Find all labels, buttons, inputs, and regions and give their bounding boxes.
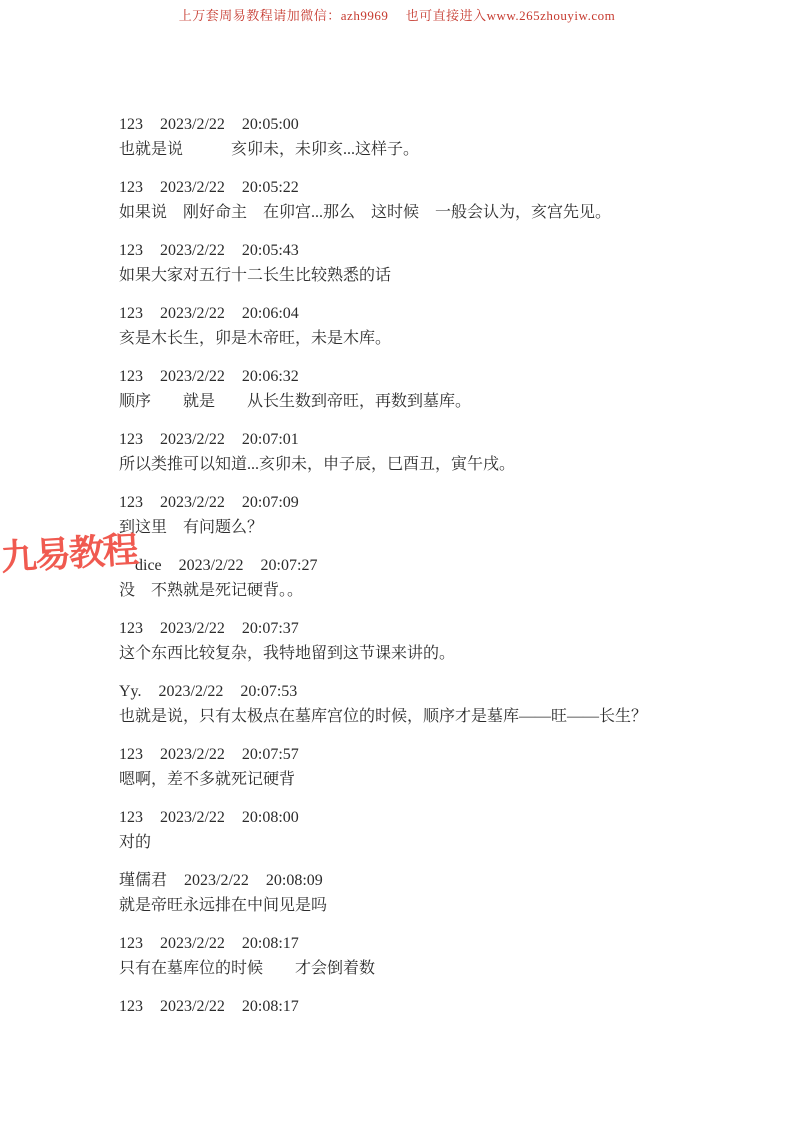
message-sender: 123 — [119, 431, 143, 448]
message-text: 顺序 就是 从长生数到帝旺，再数到墓库。 — [119, 389, 758, 414]
message-date: 2023/2/22 — [160, 998, 225, 1015]
message-text: 如果说 刚好命主 在卯宫...那么 这时候 一般会认为，亥宫先见。 — [119, 200, 758, 225]
message-time: 20:07:27 — [261, 557, 318, 574]
message-time: 20:07:53 — [240, 683, 297, 700]
message-time: 20:08:17 — [242, 998, 299, 1015]
message-text: 对的 — [119, 830, 758, 855]
chat-message: 1232023/2/2220:05:00 也就是说 亥卯未，未卯亥...这样子。 — [119, 112, 758, 162]
message-date: 2023/2/22 — [184, 872, 249, 889]
message-header: dice2023/2/2220:07:27 — [119, 553, 758, 578]
chat-message: 1232023/2/2220:07:01 所以类推可以知道...亥卯未，申子辰，… — [119, 427, 758, 477]
message-text: 所以类推可以知道...亥卯未，申子辰，巳酉丑，寅午戌。 — [119, 452, 758, 477]
chat-message: 1232023/2/2220:07:57 嗯啊，差不多就死记硬背 — [119, 742, 758, 792]
message-sender: 123 — [119, 179, 143, 196]
message-sender: 123 — [119, 620, 143, 637]
message-time: 20:07:01 — [242, 431, 299, 448]
message-sender: 123 — [119, 809, 143, 826]
message-sender: 123 — [119, 935, 143, 952]
message-date: 2023/2/22 — [160, 431, 225, 448]
chat-message: 1232023/2/2220:08:00 对的 — [119, 805, 758, 855]
message-date: 2023/2/22 — [160, 305, 225, 322]
message-time: 20:05:22 — [242, 179, 299, 196]
chat-message: 1232023/2/2220:08:17 — [119, 994, 758, 1019]
message-time: 20:06:32 — [242, 368, 299, 385]
message-time: 20:07:57 — [242, 746, 299, 763]
watermark-text: 九易教程 — [0, 532, 138, 576]
chat-message: 1232023/2/2220:08:17 只有在墓库位的时候 才会倒着数 — [119, 931, 758, 981]
message-date: 2023/2/22 — [160, 242, 225, 259]
message-date: 2023/2/22 — [179, 557, 244, 574]
chat-message: 瑾儒君2023/2/2220:08:09 就是帝旺永远排在中间见是吗 — [119, 868, 758, 918]
message-sender: 123 — [119, 242, 143, 259]
message-date: 2023/2/22 — [160, 746, 225, 763]
chat-message: 1232023/2/2220:05:43 如果大家对五行十二长生比较熟悉的话 — [119, 238, 758, 288]
message-header: 1232023/2/2220:08:17 — [119, 931, 758, 956]
message-date: 2023/2/22 — [160, 179, 225, 196]
message-date: 2023/2/22 — [160, 368, 225, 385]
message-header: 1232023/2/2220:07:01 — [119, 427, 758, 452]
message-text: 如果大家对五行十二长生比较熟悉的话 — [119, 263, 758, 288]
document-page: 上万套周易教程请加微信：azh9969 也可直接进入www.265zhouyiw… — [0, 0, 794, 1123]
message-sender: 123 — [119, 116, 143, 133]
promo-header-text: 上万套周易教程请加微信：azh9969 也可直接进入www.265zhouyiw… — [0, 7, 794, 24]
message-date: 2023/2/22 — [160, 494, 225, 511]
chat-transcript: 1232023/2/2220:05:00 也就是说 亥卯未，未卯亥...这样子。… — [119, 112, 758, 1032]
message-date: 2023/2/22 — [160, 809, 225, 826]
message-time: 20:06:04 — [242, 305, 299, 322]
message-sender: Yy. — [119, 683, 142, 700]
chat-message: Yy.2023/2/2220:07:53 也就是说，只有太极点在墓库宫位的时候，… — [119, 679, 758, 729]
message-date: 2023/2/22 — [159, 683, 224, 700]
message-text: 到这里 有问题么？ — [119, 515, 758, 540]
message-time: 20:08:17 — [242, 935, 299, 952]
message-text: 没 不熟就是死记硬背。。 — [119, 578, 758, 603]
message-sender: 123 — [119, 494, 143, 511]
chat-message: dice2023/2/2220:07:27 没 不熟就是死记硬背。。 — [119, 553, 758, 603]
message-text: 这个东西比较复杂，我特地留到这节课来讲的。 — [119, 641, 758, 666]
message-date: 2023/2/22 — [160, 935, 225, 952]
message-header: 1232023/2/2220:05:00 — [119, 112, 758, 137]
message-header: 1232023/2/2220:07:37 — [119, 616, 758, 641]
message-text: 也就是说，只有太极点在墓库宫位的时候，顺序才是墓库——旺——长生？ — [119, 704, 758, 729]
message-time: 20:08:09 — [266, 872, 323, 889]
message-header: 1232023/2/2220:08:00 — [119, 805, 758, 830]
message-time: 20:05:00 — [242, 116, 299, 133]
chat-message: 1232023/2/2220:07:09 到这里 有问题么？ — [119, 490, 758, 540]
message-sender: 123 — [119, 746, 143, 763]
message-text: 就是帝旺永远排在中间见是吗 — [119, 893, 758, 918]
message-header: 1232023/2/2220:07:09 — [119, 490, 758, 515]
chat-message: 1232023/2/2220:07:37 这个东西比较复杂，我特地留到这节课来讲… — [119, 616, 758, 666]
message-time: 20:07:37 — [242, 620, 299, 637]
message-sender: 瑾儒君 — [119, 872, 167, 889]
chat-message: 1232023/2/2220:06:04 亥是木长生，卯是木帝旺，未是木库。 — [119, 301, 758, 351]
message-header: 1232023/2/2220:08:17 — [119, 994, 758, 1019]
message-sender: 123 — [119, 998, 143, 1015]
message-sender: 123 — [119, 368, 143, 385]
chat-message: 1232023/2/2220:05:22 如果说 刚好命主 在卯宫...那么 这… — [119, 175, 758, 225]
message-date: 2023/2/22 — [160, 620, 225, 637]
message-text: 嗯啊，差不多就死记硬背 — [119, 767, 758, 792]
message-header: 1232023/2/2220:07:57 — [119, 742, 758, 767]
message-header: 瑾儒君2023/2/2220:08:09 — [119, 868, 758, 893]
message-sender: 123 — [119, 305, 143, 322]
message-time: 20:08:00 — [242, 809, 299, 826]
message-header: 1232023/2/2220:06:04 — [119, 301, 758, 326]
message-header: 1232023/2/2220:06:32 — [119, 364, 758, 389]
message-text: 也就是说 亥卯未，未卯亥...这样子。 — [119, 137, 758, 162]
message-header: 1232023/2/2220:05:22 — [119, 175, 758, 200]
message-sender: dice — [135, 557, 162, 574]
chat-message: 1232023/2/2220:06:32 顺序 就是 从长生数到帝旺，再数到墓库… — [119, 364, 758, 414]
message-time: 20:07:09 — [242, 494, 299, 511]
message-date: 2023/2/22 — [160, 116, 225, 133]
message-header: Yy.2023/2/2220:07:53 — [119, 679, 758, 704]
message-text: 只有在墓库位的时候 才会倒着数 — [119, 956, 758, 981]
message-time: 20:05:43 — [242, 242, 299, 259]
message-text: 亥是木长生，卯是木帝旺，未是木库。 — [119, 326, 758, 351]
message-header: 1232023/2/2220:05:43 — [119, 238, 758, 263]
